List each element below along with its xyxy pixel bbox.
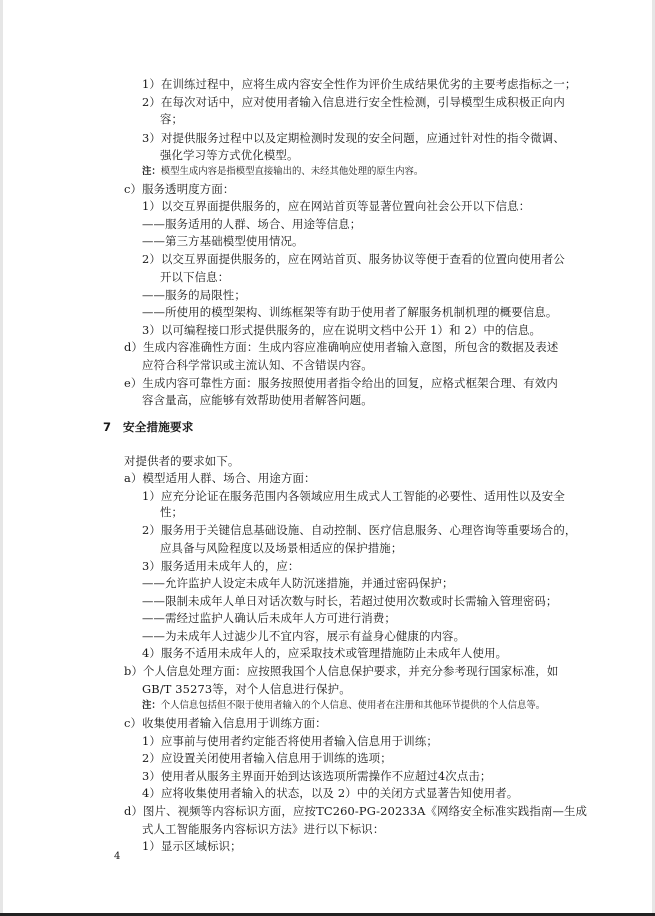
text-line: 开以下信息： <box>160 270 229 284</box>
note-text: 模型生成内容是指模型直接输出的、未经其他处理的原生内容。 <box>161 166 424 177</box>
text-line: 3）服务适用未成年人的，应： <box>142 559 299 573</box>
text-line: 2）以交互界面提供服务的，应在网站首页、服务协议等便于查看的位置向使用者公 <box>142 252 565 266</box>
text-line: 强化学习等方式优化模型。 <box>160 148 299 162</box>
text-line: c）服务透明度方面： <box>124 182 234 196</box>
text-line: ——服务适用的人群、场合、用途等信息； <box>142 217 361 231</box>
text-line: 4）应将收集使用者输入的状态，以及 2）中的关闭方式显著告知使用者。 <box>142 786 518 800</box>
text-line: ——为未成年人过滤少儿不宜内容，展示有益身心健康的内容。 <box>142 629 465 643</box>
text-line: e）生成内容可靠性方面：服务按照使用者指令给出的回复，应格式框架合理、有效内 <box>124 376 558 390</box>
text-line: 容； <box>160 112 183 126</box>
text-line: 容含量高，应能够有效帮助使用者解答问题。 <box>142 393 373 407</box>
text-line: 性； <box>160 505 183 519</box>
text-line: 3）对提供服务过程中以及定期检测时发现的安全问题，应通过针对性的指令微调、 <box>142 131 565 145</box>
note: 注：个人信息包括但不限于使用者输入的个人信息、使用者在注册和其他环节提供的个人信… <box>142 699 545 713</box>
text-line: ——允许监护人设定未成年人防沉迷措施，并通过密码保护； <box>142 576 454 590</box>
text-line: ——需经过监护人确认后未成年人方可进行消费； <box>142 611 396 625</box>
text-line: 应符合科学常识或主流认知、不含错误内容。 <box>142 358 373 372</box>
text-line: 1）在训练过程中，应将生成内容安全性作为评价生成结果优劣的主要考虑指标之一； <box>142 77 576 91</box>
text-line: 1）以交互界面提供服务的，应在网站首页等显著位置向社会公开以下信息： <box>142 199 530 213</box>
text-line: 3）以可编程接口形式提供服务的，应在说明文档中公开 1）和 2）中的信息。 <box>142 323 541 337</box>
text-line: b）个人信息处理方面：应按照我国个人信息保护要求，并充分参考现行国家标准，如 <box>124 664 558 678</box>
section-heading: 7安全措施要求 <box>103 420 193 434</box>
text-line: 1）应充分论证在服务范围内各领域应用生成式人工智能的必要性、适用性以及安全 <box>142 489 565 503</box>
text-line: 2）在每次对话中，应对使用者输入信息进行安全性检测，引导模型生成积极正向内 <box>142 95 565 109</box>
page-number: 4 <box>114 850 121 864</box>
text-line: ——所使用的模型架构、训练框架等有助于使用者了解服务机制机理的概要信息。 <box>142 305 557 319</box>
text-line: 式人工智能服务内容标识方法》进行以下标识： <box>142 822 384 836</box>
document-page: 7安全措施要求 4 1）在训练过程中，应将生成内容安全性作为评价生成结果优劣的主… <box>0 0 655 913</box>
text-line: d）生成内容准确性方面：生成内容应准确响应使用者输入意图，所包含的数据及表述 <box>124 340 558 354</box>
text-line: 4）服务不适用未成年人的，应采取技术或管理措施防止未成年人使用。 <box>142 646 507 660</box>
note-label: 注： <box>142 700 161 711</box>
text-line: 1）显示区域标识； <box>142 839 242 853</box>
text-line: 2）服务用于关键信息基础设施、自动控制、医疗信息服务、心理咨询等重要场合的， <box>142 523 576 537</box>
text-line: 2）应设置关闭使用者输入信息用于训练的选项； <box>142 751 392 765</box>
note-label: 注： <box>142 166 161 177</box>
text-line: ——第三方基础模型使用情况。 <box>142 234 304 248</box>
note: 注：模型生成内容是指模型直接输出的、未经其他处理的原生内容。 <box>142 165 423 179</box>
text-line: 对提供者的要求如下。 <box>124 454 239 468</box>
text-line: a）模型适用人群、场合、用途方面： <box>124 471 316 485</box>
note-text: 个人信息包括但不限于使用者输入的个人信息、使用者在注册和其他环节提供的个人信息等… <box>161 700 545 711</box>
section-number: 7 <box>103 420 123 434</box>
text-line: 应具备与风险程度以及场景相适应的保护措施； <box>160 541 402 555</box>
text-line: 3）使用者从服务主界面开始到达该选项所需操作不应超过4次点击； <box>142 769 491 783</box>
text-line: d）图片、视频等内容标识方面，应按TC260-PG-20233A《网络安全标准实… <box>124 804 587 818</box>
section-title: 安全措施要求 <box>123 420 193 434</box>
text-line: ——限制未成年人单日对话次数与时长，若超过使用次数或时长需输入管理密码； <box>142 594 557 608</box>
text-line: GB/T 35273等，对个人信息进行保护。 <box>142 682 351 696</box>
text-line: 1）应事前与使用者约定能否将使用者输入信息用于训练； <box>142 734 438 748</box>
text-line: ——服务的局限性； <box>142 288 246 302</box>
text-line: c）收集使用者输入信息用于训练方面： <box>124 716 327 730</box>
